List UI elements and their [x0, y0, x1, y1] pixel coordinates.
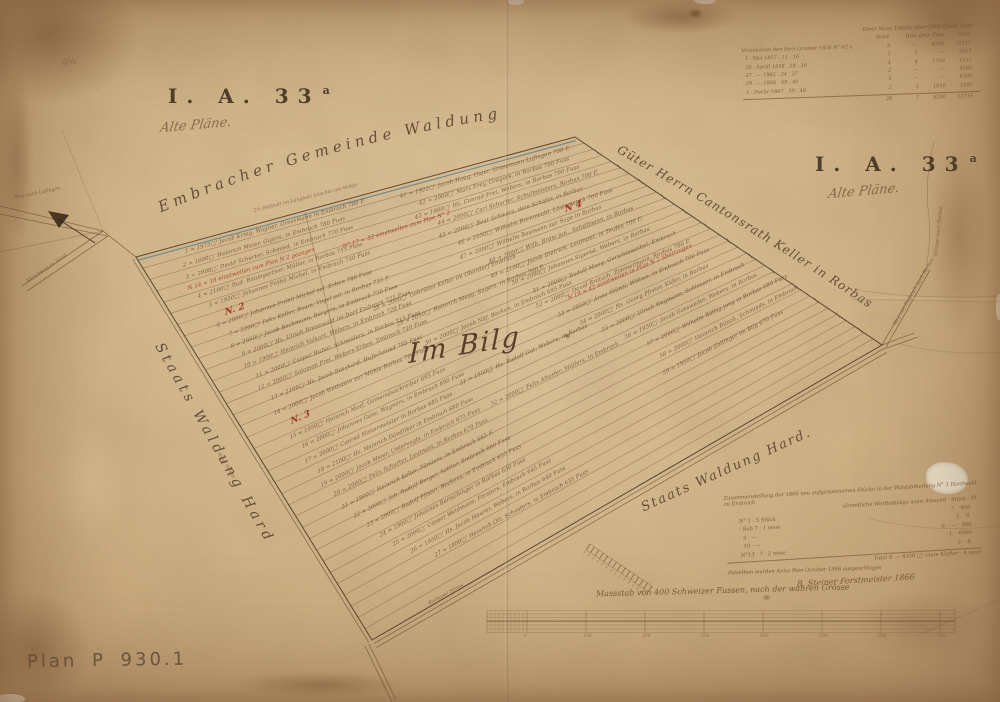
scale-tick: 600 [878, 634, 887, 639]
plan-number-sup: a [970, 152, 977, 165]
scale-bar [487, 611, 955, 633]
scale-tick: 200 [642, 634, 651, 639]
scale-tick: 100 [583, 634, 592, 639]
measurement-table: Einer Mass Tabelle über 2000 Quad. Fuss … [741, 23, 981, 107]
plan-number-sup: a [323, 84, 330, 97]
scale-tick: 300 [701, 634, 710, 639]
scale-tick: 700 [937, 634, 946, 639]
scale-tick: 0 [524, 634, 527, 639]
plan-number-left: I. A. 33a [168, 84, 330, 108]
archive-stamp: Plan P 930.1 [27, 649, 187, 673]
scanned-plan-sheet: Embracher Gemeinde Waldung Güter Herrn C… [0, 0, 1000, 702]
scale-tick: 500 [819, 634, 828, 639]
legend-block: Zusammenstellung der 1866 neu aufgenomme… [723, 480, 982, 592]
scale-tick: 400 [760, 634, 769, 639]
plan-number-right: I. A. 33a [815, 152, 977, 176]
